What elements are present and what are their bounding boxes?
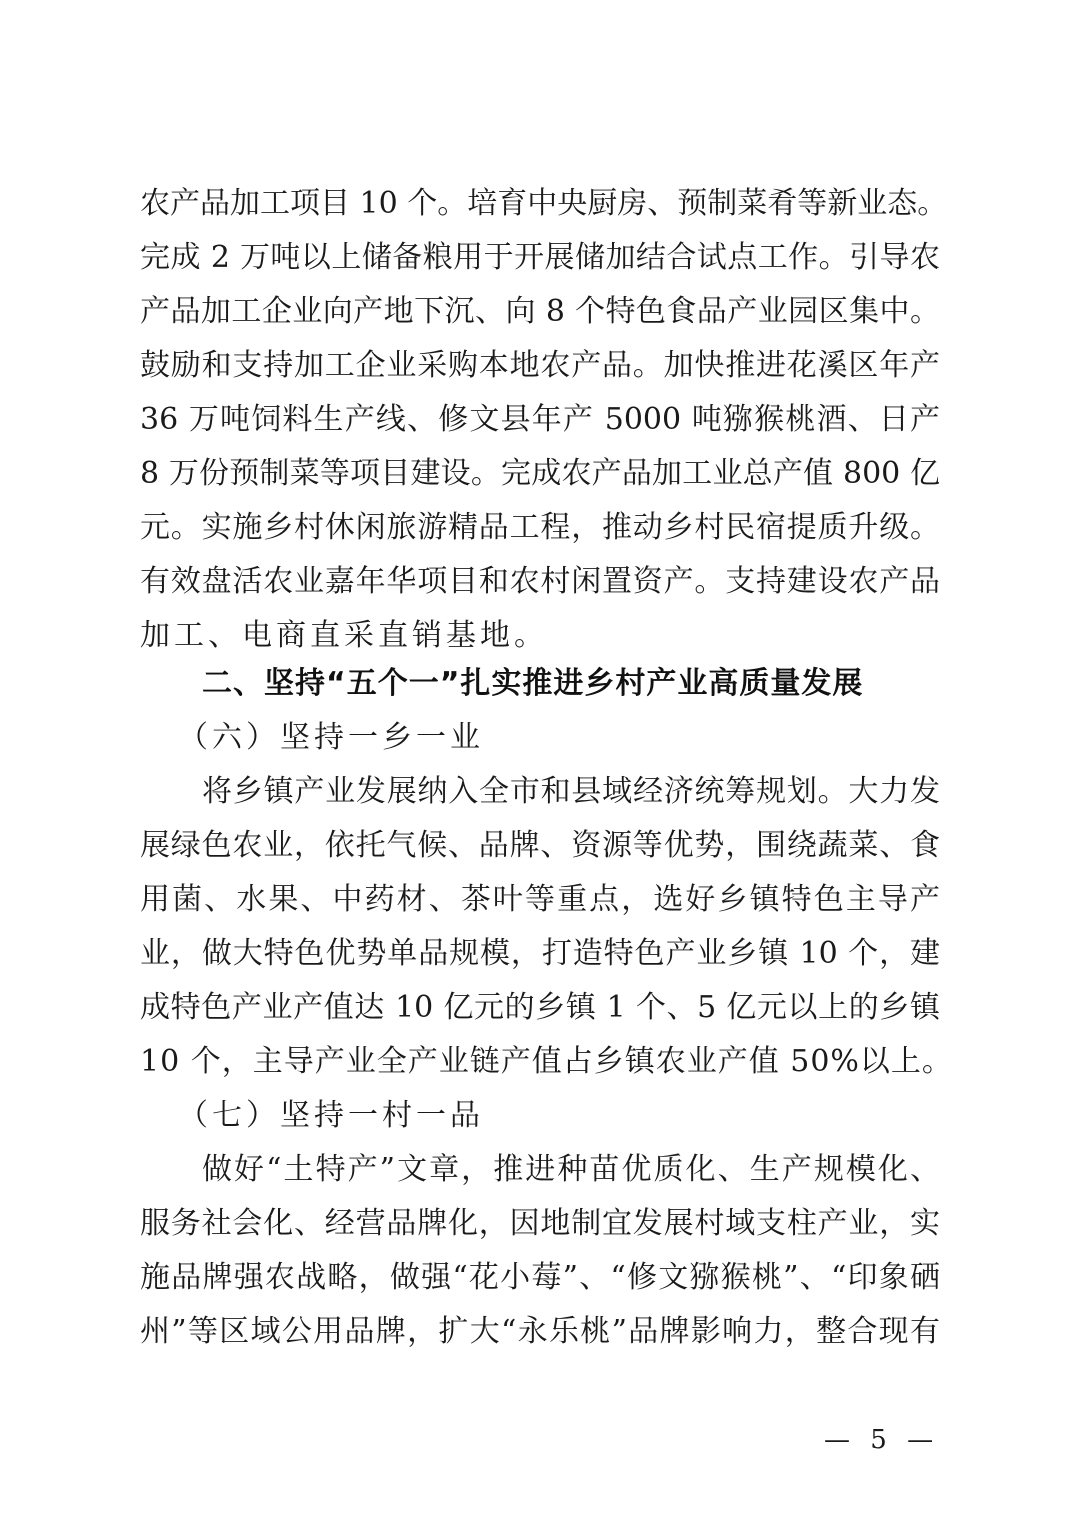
paragraph-line: 农产品加工项目 10 个。培育中央厨房、预制菜肴等新业态。 (140, 184, 940, 224)
paragraph-line: 将乡镇产业发展纳入全市和县域经济统筹规划。大力发 (202, 772, 940, 812)
paragraph-line: 加工、电商直采直销基地。 (140, 616, 940, 656)
paragraph-line: 产品加工企业向产地下沉、向 8 个特色食品产业园区集中。 (140, 292, 940, 332)
paragraph-line: 完成 2 万吨以上储备粮用于开展储加结合试点工作。引导农 (140, 238, 940, 278)
document-page: 农产品加工项目 10 个。培育中央厨房、预制菜肴等新业态。 完成 2 万吨以上储… (0, 0, 1080, 1528)
paragraph-line: 8 万份预制菜等项目建设。完成农产品加工业总产值 800 亿 (140, 454, 940, 494)
paragraph-line: 业，做大特色优势单品规模，打造特色产业乡镇 10 个，建 (140, 934, 940, 974)
paragraph-line: 成特色产业产值达 10 亿元的乡镇 1 个、5 亿元以上的乡镇 (140, 988, 940, 1028)
paragraph-line: 元。实施乡村休闲旅游精品工程，推动乡村民宿提质升级。 (140, 508, 940, 548)
paragraph-line: 用菌、水果、中药材、茶叶等重点，选好乡镇特色主导产 (140, 880, 940, 920)
paragraph-line: 10 个，主导产业全产业链产值占乡镇农业产值 50%以上。 (140, 1042, 940, 1082)
paragraph-line: 施品牌强农战略，做强“花小莓”、“修文猕猴桃”、“印象硒 (140, 1258, 940, 1298)
subsection-title: （七）坚持一村一品 (178, 1096, 484, 1136)
page-number: — 5 — (824, 1422, 939, 1458)
paragraph-line: 展绿色农业，依托气候、品牌、资源等优势，围绕蔬菜、食 (140, 826, 940, 866)
paragraph-line: 36 万吨饲料生产线、修文县年产 5000 吨猕猴桃酒、日产 (140, 400, 940, 440)
section-heading: 二、坚持“五个一”扎实推进乡村产业高质量发展 (202, 664, 863, 704)
paragraph-line: 服务社会化、经营品牌化，因地制宜发展村域支柱产业，实 (140, 1204, 940, 1244)
paragraph-line: 做好“土特产”文章，推进种苗优质化、生产规模化、 (202, 1150, 940, 1190)
subsection-title: （六）坚持一乡一业 (178, 718, 484, 758)
paragraph-line: 鼓励和支持加工企业采购本地农产品。加快推进花溪区年产 (140, 346, 940, 386)
paragraph-line: 有效盘活农业嘉年华项目和农村闲置资产。支持建设农产品 (140, 562, 940, 602)
paragraph-line: 州”等区域公用品牌，扩大“永乐桃”品牌影响力，整合现有 (140, 1312, 940, 1352)
